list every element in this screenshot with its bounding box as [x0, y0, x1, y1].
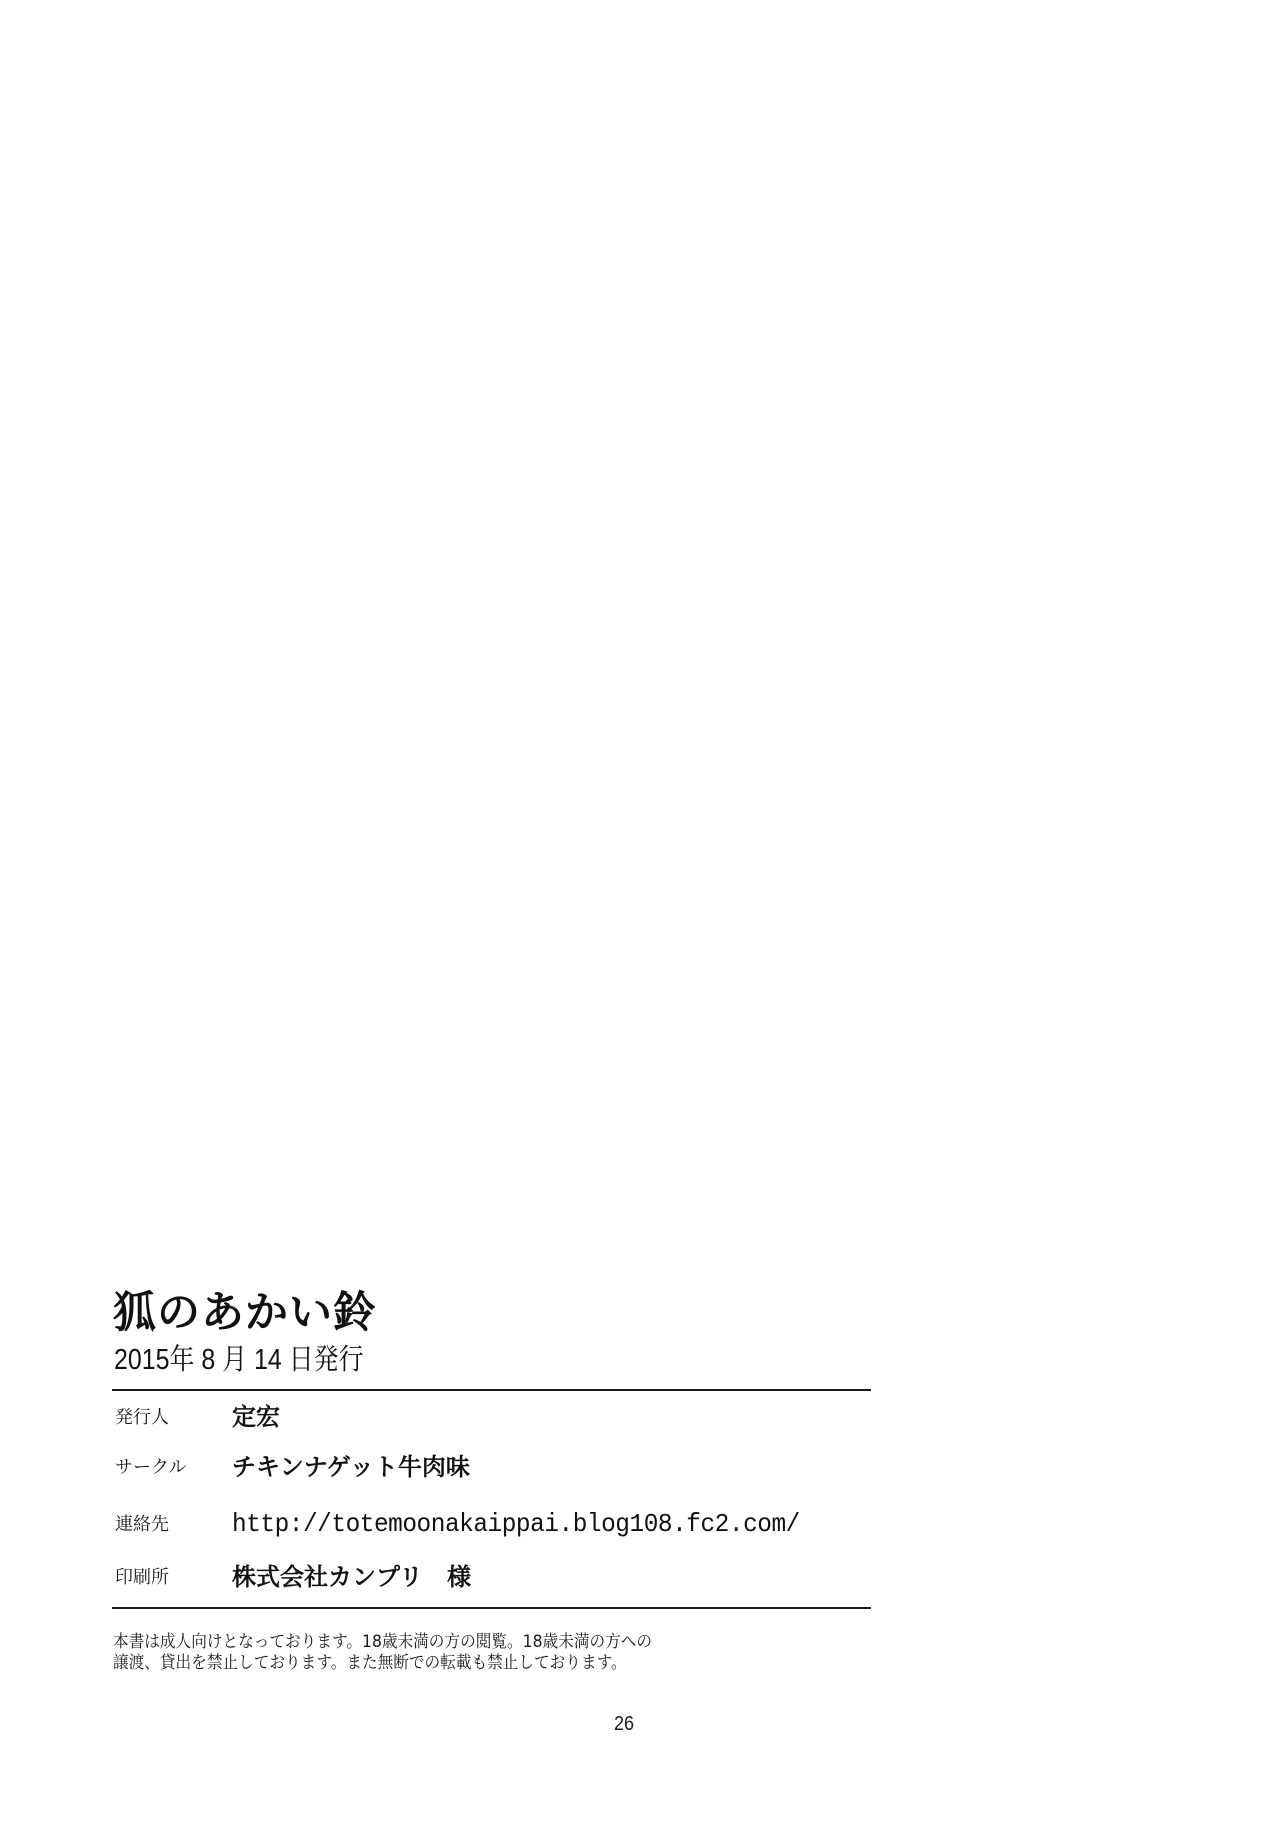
publication-date: 2015年 8 月 14 日発行 — [114, 1342, 364, 1378]
notice-line-1: 本書は成人向けとなっております。18歳未満の方の閲覧。18歳未満の方への — [113, 1632, 652, 1653]
book-page: 狐のあかい鈴 2015年 8 月 14 日発行 発行人 定宏 サークル チキンナ… — [0, 0, 1280, 1823]
notice-line-2: 譲渡、貸出を禁止しております。また無断での転載も禁止しております。 — [113, 1653, 652, 1674]
info-row-printer: 印刷所 株式会社カンプリ 様 — [112, 1559, 872, 1599]
info-row-publisher: 発行人 定宏 — [112, 1399, 872, 1439]
book-title: 狐のあかい鈴 — [113, 1288, 377, 1338]
publisher-label: 発行人 — [115, 1407, 169, 1429]
info-row-circle: サークル チキンナゲット牛肉味 — [112, 1449, 872, 1489]
publisher-value: 定宏 — [232, 1401, 280, 1433]
info-row-contact: 連絡先 http://totemoonakaippai.blog108.fc2.… — [112, 1506, 872, 1546]
printer-value: 株式会社カンプリ 様 — [232, 1561, 471, 1593]
contact-url: http://totemoonakaippai.blog108.fc2.com/ — [232, 1508, 800, 1540]
circle-label: サークル — [115, 1457, 186, 1479]
age-restriction-notice: 本書は成人向けとなっております。18歳未満の方の閲覧。18歳未満の方への 譲渡、… — [113, 1632, 652, 1674]
bottom-divider — [112, 1607, 871, 1609]
page-number: 26 — [614, 1712, 634, 1736]
top-divider — [112, 1389, 871, 1391]
contact-label: 連絡先 — [115, 1514, 169, 1536]
circle-value: チキンナゲット牛肉味 — [232, 1451, 470, 1483]
printer-label: 印刷所 — [115, 1567, 169, 1589]
